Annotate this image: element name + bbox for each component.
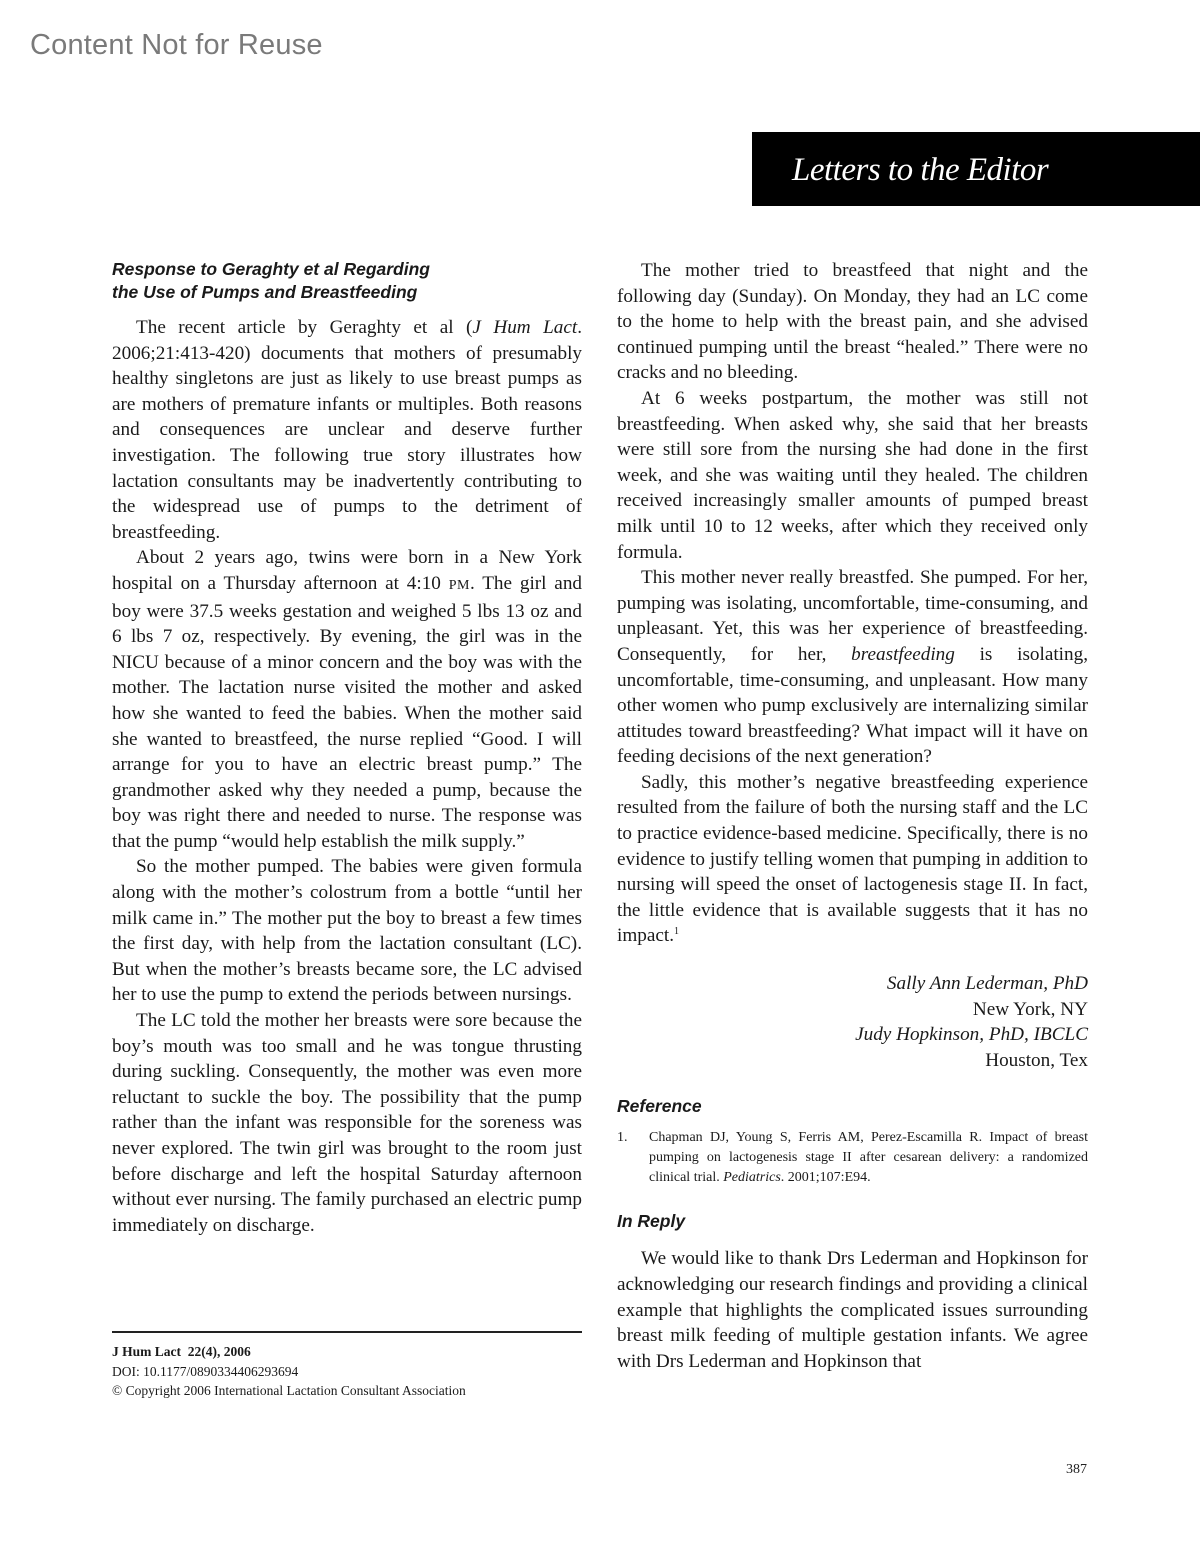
author-location: New York, NY	[617, 997, 1088, 1023]
journal-name: Pediatrics	[723, 1170, 781, 1185]
right-column: The mother tried to breastfeed that nigh…	[617, 258, 1088, 1374]
author-name: Judy Hopkinson, PhD, IBCLC	[617, 1022, 1088, 1048]
time-suffix: PM	[449, 578, 470, 593]
paragraph: This mother never really breastfed. She …	[617, 565, 1088, 770]
page-number: 387	[1066, 1462, 1087, 1478]
reply-paragraph: We would like to thank Drs Lederman and …	[617, 1246, 1088, 1374]
reference-number: 1.	[617, 1128, 649, 1188]
section-banner-title: Letters to the Editor	[792, 152, 1048, 189]
letter-title-line1: Response to Geraghty et al Regarding	[112, 259, 430, 279]
letter-title-line2: the Use of Pumps and Breastfeeding	[112, 282, 417, 302]
paragraph: Sadly, this mother’s negative breastfeed…	[617, 770, 1088, 949]
author-name: Sally Ann Lederman, PhD	[617, 971, 1088, 997]
watermark: Content Not for Reuse	[30, 29, 323, 62]
author-location: Houston, Tex	[617, 1048, 1088, 1074]
reference-text: Chapman DJ, Young S, Ferris AM, Perez-Es…	[649, 1128, 1088, 1188]
paragraph: So the mother pumped. The babies were gi…	[112, 854, 582, 1008]
signature-block: Sally Ann Lederman, PhD New York, NY Jud…	[617, 971, 1088, 1073]
paragraph: The LC told the mother her breasts were …	[112, 1008, 582, 1238]
section-banner: Letters to the Editor	[752, 132, 1200, 206]
reply-heading: In Reply	[617, 1210, 1088, 1233]
text: . 2006;21:413-420) documents that mother…	[112, 317, 582, 543]
paragraph: About 2 years ago, twins were born in a …	[112, 545, 582, 854]
footer-divider	[112, 1331, 582, 1333]
reference-item: 1. Chapman DJ, Young S, Ferris AM, Perez…	[617, 1128, 1088, 1188]
journal-citation: J Hum Lact	[472, 317, 577, 338]
paragraph: The mother tried to breastfeed that nigh…	[617, 258, 1088, 386]
journal-footer: J Hum Lact 22(4), 2006 DOI: 10.1177/0890…	[112, 1342, 466, 1401]
journal-citation-footer: J Hum Lact 22(4), 2006	[112, 1342, 466, 1362]
text: . 2001;107:E94.	[781, 1170, 871, 1185]
paragraph: At 6 weeks postpartum, the mother was st…	[617, 386, 1088, 565]
text: . The girl and boy were 37.5 weeks gesta…	[112, 573, 582, 852]
copyright: © Copyright 2006 International Lactation…	[112, 1381, 466, 1401]
references-heading: Reference	[617, 1095, 1088, 1118]
text: The recent article by Geraghty et al (	[136, 317, 472, 338]
letter-title: Response to Geraghty et al Regarding the…	[112, 258, 582, 304]
text: Sadly, this mother’s negative breastfeed…	[617, 772, 1088, 947]
paragraph: The recent article by Geraghty et al (J …	[112, 315, 582, 545]
left-column: Response to Geraghty et al Regarding the…	[112, 258, 582, 1238]
doi: DOI: 10.1177/0890334406293694	[112, 1362, 466, 1382]
reference-marker[interactable]: 1	[674, 926, 679, 937]
emphasis: breastfeeding	[851, 644, 955, 665]
